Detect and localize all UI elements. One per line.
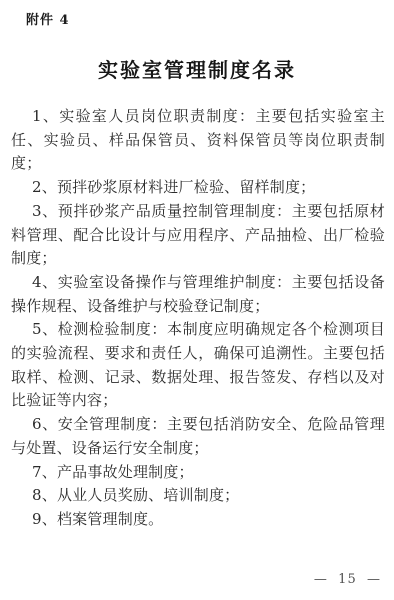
document-title: 实验室管理制度名录 xyxy=(0,54,394,83)
list-item: 7、产品事故处理制度； xyxy=(11,461,385,485)
document-page: 附件 4 实验室管理制度名录 1、实验室人员岗位职责制度：主要包括实验室主任、实… xyxy=(0,0,394,600)
list-item: 3、预拌砂浆产品质量控制管理制度：主要包括原材料管理、配合比设计与应用程序、产品… xyxy=(11,200,385,271)
list-item: 4、实验室设备操作与管理维护制度：主要包括设备操作规程、设备维护与校验登记制度； xyxy=(11,271,385,318)
document-body: 1、实验室人员岗位职责制度：主要包括实验室主任、实验员、样品保管员、资料保管员等… xyxy=(11,105,385,532)
list-item: 9、档案管理制度。 xyxy=(11,508,385,532)
attachment-label: 附件 4 xyxy=(26,9,70,28)
list-item: 1、实验室人员岗位职责制度：主要包括实验室主任、实验员、样品保管员、资料保管员等… xyxy=(11,105,385,176)
list-item: 6、安全管理制度：主要包括消防安全、危险品管理与处置、设备运行安全制度； xyxy=(11,413,385,460)
list-item: 2、预拌砂浆原材料进厂检验、留样制度； xyxy=(11,176,385,200)
list-item: 8、从业人员奖励、培训制度； xyxy=(11,484,385,508)
page-number: — 15 — xyxy=(314,572,381,587)
list-item: 5、检测检验制度：本制度应明确规定各个检测项目的实验流程、要求和责任人，确保可追… xyxy=(11,318,385,413)
